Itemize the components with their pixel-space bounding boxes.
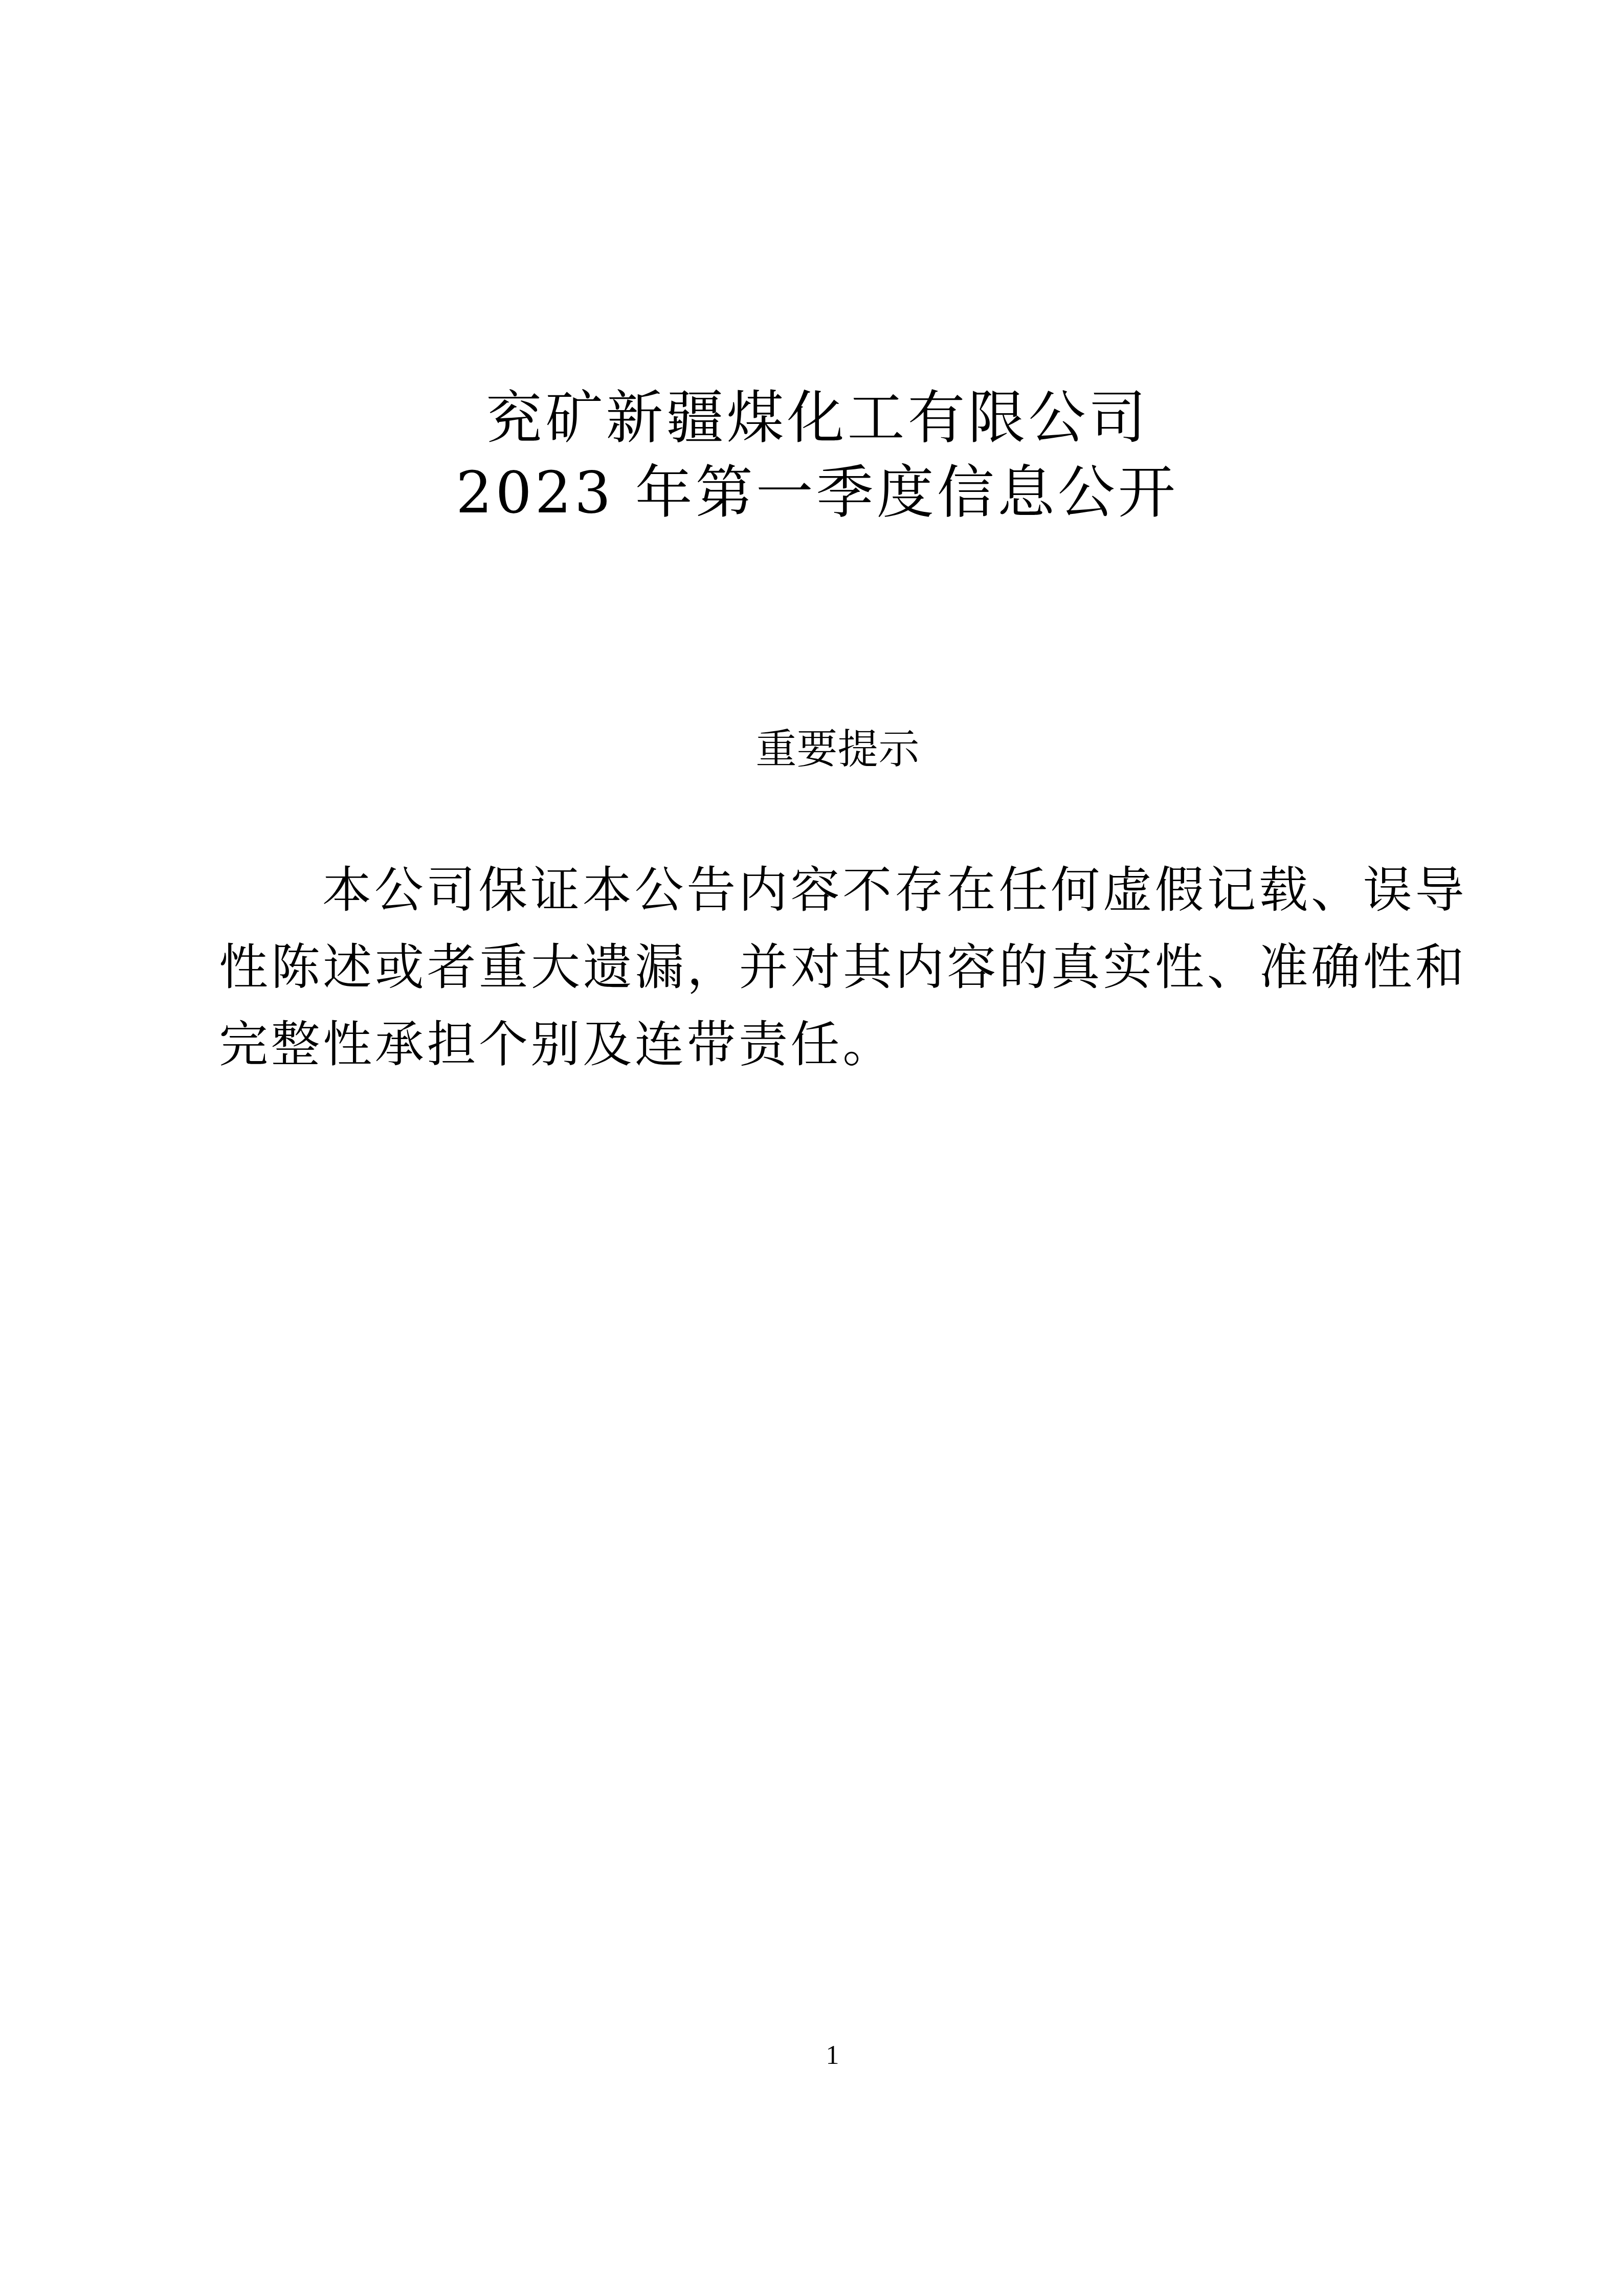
- title-company-name: 兖矿新疆煤化工有限公司: [0, 381, 1624, 456]
- document-page: 兖矿新疆煤化工有限公司 2023 年第一季度信息公开 重要提示 本公司保证本公告…: [0, 0, 1624, 2296]
- page-number: 1: [0, 2040, 1624, 2071]
- section-heading-important-notice: 重要提示: [0, 721, 1624, 777]
- title-report-period: 2023 年第一季度信息公开: [0, 456, 1624, 530]
- document-title: 兖矿新疆煤化工有限公司 2023 年第一季度信息公开: [0, 381, 1624, 530]
- body-paragraph-disclaimer: 本公司保证本公告内容不存在任何虚假记载、误导性陈述或者重大遗漏，并对其内容的真实…: [219, 851, 1467, 1083]
